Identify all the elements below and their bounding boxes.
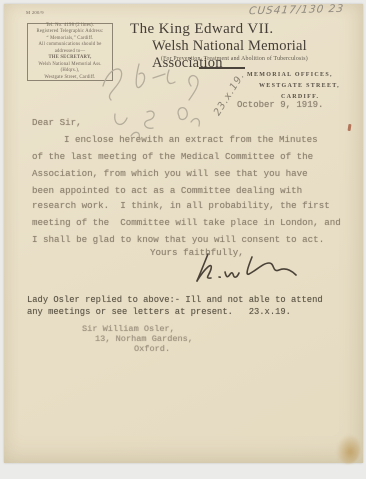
- form-number: M 200/9: [26, 10, 44, 15]
- reply-annotation-line2: any meetings or see letters at present. …: [27, 307, 291, 317]
- body-line: Association, from which you will see tha…: [32, 168, 308, 179]
- office-address-line1: MEMORIAL OFFICES,: [247, 72, 333, 78]
- recipient-name: Sir William Osler,: [82, 324, 175, 334]
- scanned-letter-page: CUS417/130 23 M 200/9 Tel. No. 4198 (2 l…: [0, 0, 366, 479]
- body-line: been appointed to act as a Committee dea…: [32, 185, 302, 196]
- salutation: Dear Sir,: [32, 117, 82, 128]
- recipient-street: 13, Norham Gardens,: [95, 334, 193, 344]
- body-line: meeting of the Committee will take place…: [32, 217, 341, 228]
- recipient-city: Oxford.: [134, 344, 170, 354]
- reply-annotation-line1: Lady Osler replied to above:- Ill and no…: [27, 295, 323, 305]
- paper-stain: [336, 434, 360, 464]
- handwritten-signature: [192, 248, 300, 288]
- body-line: of the last meeting of the Medical Commi…: [32, 151, 313, 162]
- body-line: research work. I think, in all probabili…: [32, 200, 330, 211]
- office-address-line2: WESTGATE STREET,: [259, 83, 340, 89]
- letterhead-title-line1: The King Edward VII.: [130, 21, 300, 38]
- body-line: I enclose herewith an extract from the M…: [64, 134, 318, 145]
- body-line: I shall be glad to know that you will co…: [32, 234, 324, 245]
- archive-reference-handwriting: CUS417/130 23: [248, 3, 344, 18]
- letter-date: October 9, 1919.: [237, 100, 323, 110]
